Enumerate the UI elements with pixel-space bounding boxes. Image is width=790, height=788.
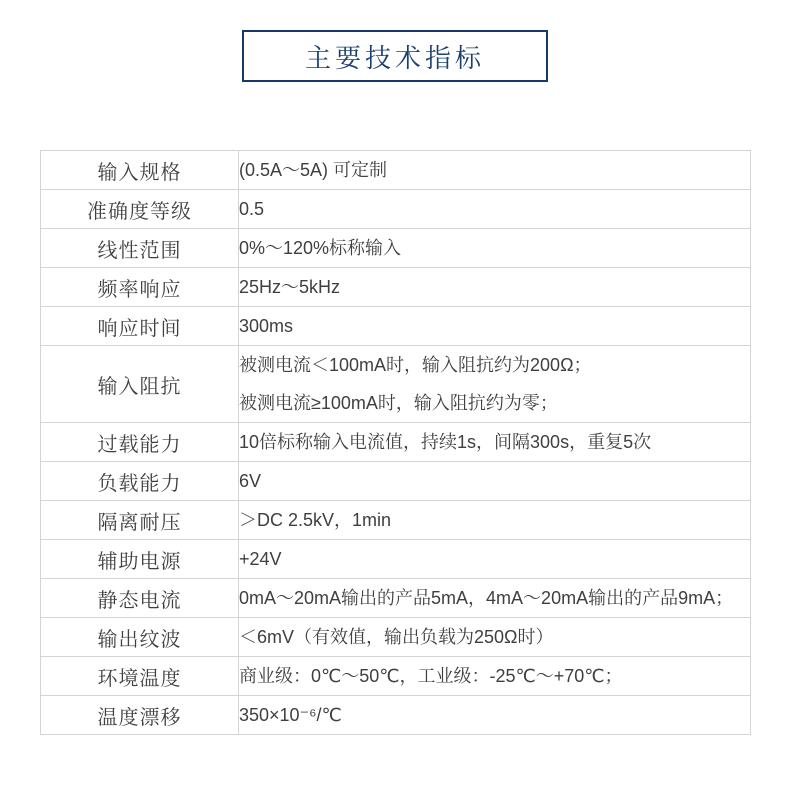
section-title-box: 主要技术指标 (242, 30, 548, 82)
spec-label: 过载能力 (41, 423, 239, 462)
table-row: 环境温度 商业级：0℃～50℃，工业级：-25℃～+70℃； (41, 657, 751, 696)
spec-label: 线性范围 (41, 229, 239, 268)
spec-label: 静态电流 (41, 579, 239, 618)
spec-label: 输出纹波 (41, 618, 239, 657)
spec-label: 输入阻抗 (41, 346, 239, 423)
spec-table: 输入规格 (0.5A～5A) 可定制 准确度等级 0.5 线性范围 0%～120… (40, 150, 751, 735)
spec-label: 准确度等级 (41, 190, 239, 229)
spec-label: 环境温度 (41, 657, 239, 696)
table-row: 频率响应 25Hz～5kHz (41, 268, 751, 307)
spec-label: 输入规格 (41, 151, 239, 190)
spec-value: 被测电流＜100mA时，输入阻抗约为200Ω； 被测电流≥100mA时，输入阻抗… (239, 346, 751, 423)
spec-value-text: +24V (239, 540, 750, 578)
spec-label: 负载能力 (41, 462, 239, 501)
spec-value: 商业级：0℃～50℃，工业级：-25℃～+70℃； (239, 657, 751, 696)
spec-label: 温度漂移 (41, 696, 239, 735)
spec-value-text: ＜6mV（有效值，输出负载为250Ω时） (239, 618, 750, 656)
table-row: 辅助电源 +24V (41, 540, 751, 579)
table-row: 隔离耐压 ＞DC 2.5kV，1min (41, 501, 751, 540)
spec-value: 350×10⁻⁶/℃ (239, 696, 751, 735)
spec-value: 10倍标称输入电流值，持续1s，间隔300s，重复5次 (239, 423, 751, 462)
spec-value: 0mA～20mA输出的产品5mA，4mA～20mA输出的产品9mA； (239, 579, 751, 618)
spec-value-text: 350×10⁻⁶/℃ (239, 696, 750, 734)
spec-value-text: (0.5A～5A) 可定制 (239, 151, 750, 189)
table-row: 输出纹波 ＜6mV（有效值，输出负载为250Ω时） (41, 618, 751, 657)
spec-value: 300ms (239, 307, 751, 346)
table-row: 线性范围 0%～120%标称输入 (41, 229, 751, 268)
spec-label: 频率响应 (41, 268, 239, 307)
spec-value-text-line1: 被测电流＜100mA时，输入阻抗约为200Ω； (239, 346, 750, 384)
spec-value: ＞DC 2.5kV，1min (239, 501, 751, 540)
spec-value-text: ＞DC 2.5kV，1min (239, 501, 750, 539)
table-row: 负载能力 6V (41, 462, 751, 501)
spec-value: 6V (239, 462, 751, 501)
table-row: 响应时间 300ms (41, 307, 751, 346)
spec-value-text: 25Hz～5kHz (239, 268, 750, 306)
table-row: 过载能力 10倍标称输入电流值，持续1s，间隔300s，重复5次 (41, 423, 751, 462)
spec-value-text-line2: 被测电流≥100mA时，输入阻抗约为零； (239, 384, 750, 422)
table-row: 准确度等级 0.5 (41, 190, 751, 229)
section-title: 主要技术指标 (305, 38, 485, 75)
table-row: 输入规格 (0.5A～5A) 可定制 (41, 151, 751, 190)
table-row: 温度漂移 350×10⁻⁶/℃ (41, 696, 751, 735)
spec-label: 辅助电源 (41, 540, 239, 579)
spec-value: 0.5 (239, 190, 751, 229)
spec-value-text: 0mA～20mA输出的产品5mA，4mA～20mA输出的产品9mA； (239, 579, 750, 617)
spec-value-text: 0.5 (239, 190, 750, 228)
spec-value: +24V (239, 540, 751, 579)
spec-value: 0%～120%标称输入 (239, 229, 751, 268)
spec-value-text: 0%～120%标称输入 (239, 229, 750, 267)
table-row: 静态电流 0mA～20mA输出的产品5mA，4mA～20mA输出的产品9mA； (41, 579, 751, 618)
spec-label: 响应时间 (41, 307, 239, 346)
spec-value: (0.5A～5A) 可定制 (239, 151, 751, 190)
spec-value-text: 6V (239, 462, 750, 500)
spec-value-text: 300ms (239, 307, 750, 345)
spec-label: 隔离耐压 (41, 501, 239, 540)
table-row: 输入阻抗 被测电流＜100mA时，输入阻抗约为200Ω； 被测电流≥100mA时… (41, 346, 751, 423)
spec-value: ＜6mV（有效值，输出负载为250Ω时） (239, 618, 751, 657)
spec-value-text: 商业级：0℃～50℃，工业级：-25℃～+70℃； (239, 657, 750, 695)
spec-value-text: 10倍标称输入电流值，持续1s，间隔300s，重复5次 (239, 423, 750, 461)
spec-value: 25Hz～5kHz (239, 268, 751, 307)
